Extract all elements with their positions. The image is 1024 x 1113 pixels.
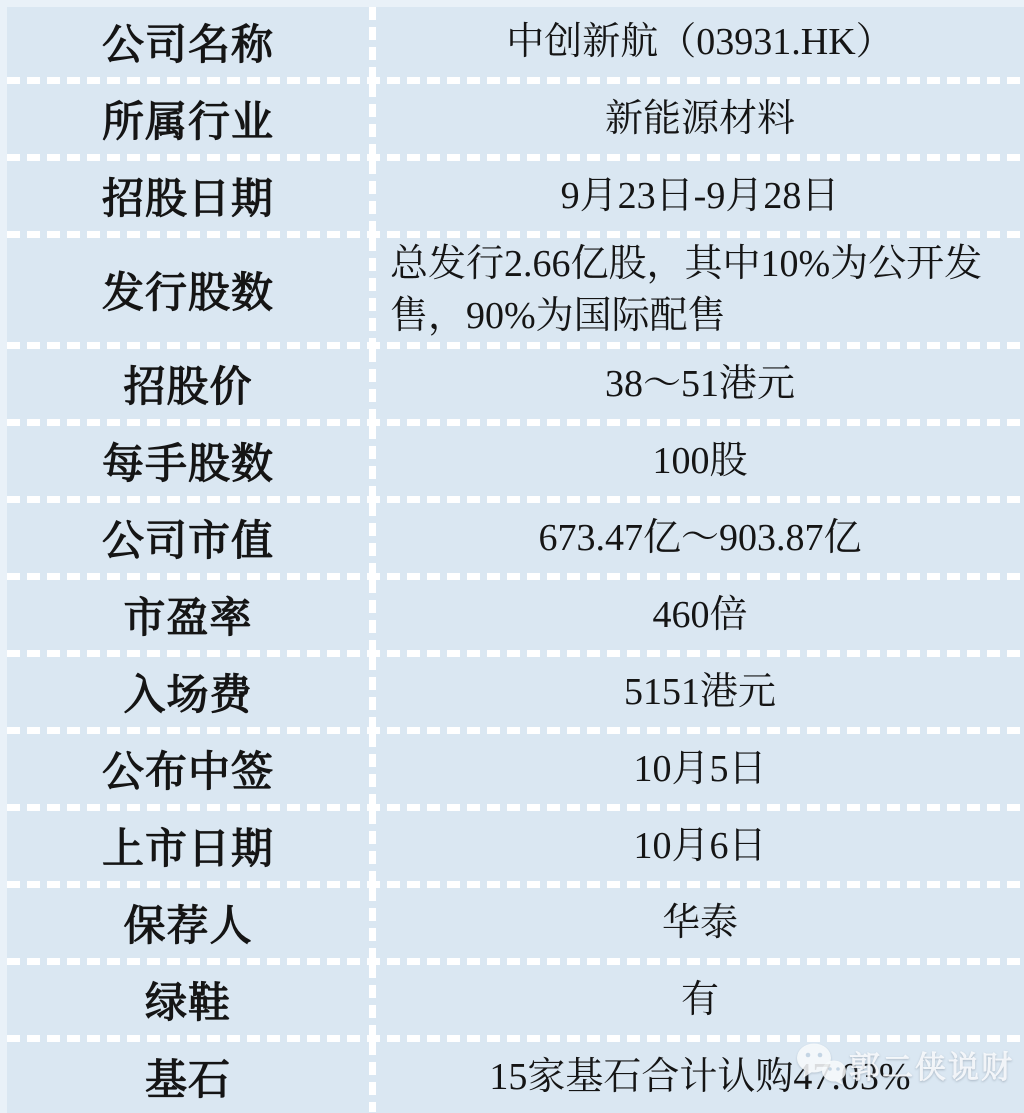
row-label: 招股价 bbox=[7, 354, 369, 414]
row-label: 公司名称 bbox=[7, 12, 369, 72]
row-label: 入场费 bbox=[7, 662, 369, 722]
row-value: 15家基石合计认购47.03% bbox=[376, 1051, 1024, 1103]
row-divider bbox=[7, 1035, 1024, 1042]
row-value: 460倍 bbox=[376, 589, 1024, 641]
row-value: 9月23日-9月28日 bbox=[376, 170, 1024, 222]
row-label: 发行股数 bbox=[7, 260, 369, 320]
row-value: 中创新航（03931.HK） bbox=[376, 16, 1024, 68]
table-row: 发行股数 总发行2.66亿股，其中10%为公开发售，90%为国际配售 bbox=[7, 238, 1024, 342]
row-divider bbox=[7, 727, 1024, 734]
row-value: 总发行2.66亿股，其中10%为公开发售，90%为国际配售 bbox=[376, 238, 1024, 342]
row-value: 5151港元 bbox=[376, 666, 1024, 718]
table-row: 保荐人 华泰 bbox=[7, 888, 1024, 958]
row-value: 华泰 bbox=[376, 897, 1024, 949]
column-divider bbox=[369, 503, 376, 573]
table-row: 绿鞋 有 bbox=[7, 965, 1024, 1035]
column-divider bbox=[369, 7, 376, 77]
ipo-info-table: 公司名称 中创新航（03931.HK） 所属行业 新能源材料 招股日期 9月23… bbox=[0, 0, 1024, 1113]
row-divider bbox=[7, 231, 1024, 238]
column-divider bbox=[369, 84, 376, 154]
row-label: 公司市值 bbox=[7, 508, 369, 568]
table-row: 上市日期 10月6日 bbox=[7, 811, 1024, 881]
column-divider bbox=[369, 965, 376, 1035]
row-label: 基石 bbox=[7, 1047, 369, 1107]
column-divider bbox=[369, 349, 376, 419]
row-value: 100股 bbox=[376, 435, 1024, 487]
row-divider bbox=[7, 881, 1024, 888]
column-divider bbox=[369, 161, 376, 231]
column-divider bbox=[369, 734, 376, 804]
row-divider bbox=[7, 573, 1024, 580]
row-label: 保荐人 bbox=[7, 893, 369, 953]
table-row: 每手股数 100股 bbox=[7, 426, 1024, 496]
row-label: 绿鞋 bbox=[7, 970, 369, 1030]
row-divider bbox=[7, 77, 1024, 84]
row-divider bbox=[7, 342, 1024, 349]
row-divider bbox=[7, 496, 1024, 503]
table-row: 公司市值 673.47亿～903.87亿 bbox=[7, 503, 1024, 573]
column-divider bbox=[369, 580, 376, 650]
column-divider bbox=[369, 888, 376, 958]
table-row: 入场费 5151港元 bbox=[7, 657, 1024, 727]
row-label: 上市日期 bbox=[7, 816, 369, 876]
row-label: 公布中签 bbox=[7, 739, 369, 799]
column-divider bbox=[369, 1042, 376, 1112]
row-label: 市盈率 bbox=[7, 585, 369, 645]
table-row: 公司名称 中创新航（03931.HK） bbox=[7, 7, 1024, 77]
row-divider bbox=[7, 419, 1024, 426]
table-row: 市盈率 460倍 bbox=[7, 580, 1024, 650]
row-value: 有 bbox=[376, 974, 1024, 1026]
column-divider bbox=[369, 426, 376, 496]
column-divider bbox=[369, 657, 376, 727]
row-divider bbox=[7, 958, 1024, 965]
row-label: 招股日期 bbox=[7, 166, 369, 226]
row-label: 所属行业 bbox=[7, 89, 369, 149]
row-value: 10月6日 bbox=[376, 820, 1024, 872]
table-row: 招股日期 9月23日-9月28日 bbox=[7, 161, 1024, 231]
row-divider bbox=[7, 650, 1024, 657]
table-row: 基石 15家基石合计认购47.03% bbox=[7, 1042, 1024, 1112]
row-value: 38～51港元 bbox=[376, 358, 1024, 410]
table-row: 招股价 38～51港元 bbox=[7, 349, 1024, 419]
row-value: 673.47亿～903.87亿 bbox=[376, 512, 1024, 564]
table-row: 公布中签 10月5日 bbox=[7, 734, 1024, 804]
row-value: 10月5日 bbox=[376, 743, 1024, 795]
row-label: 每手股数 bbox=[7, 431, 369, 491]
column-divider bbox=[369, 811, 376, 881]
column-divider bbox=[369, 238, 376, 342]
table-row: 所属行业 新能源材料 bbox=[7, 84, 1024, 154]
row-divider bbox=[7, 154, 1024, 161]
row-divider bbox=[7, 804, 1024, 811]
row-value: 新能源材料 bbox=[376, 93, 1024, 145]
